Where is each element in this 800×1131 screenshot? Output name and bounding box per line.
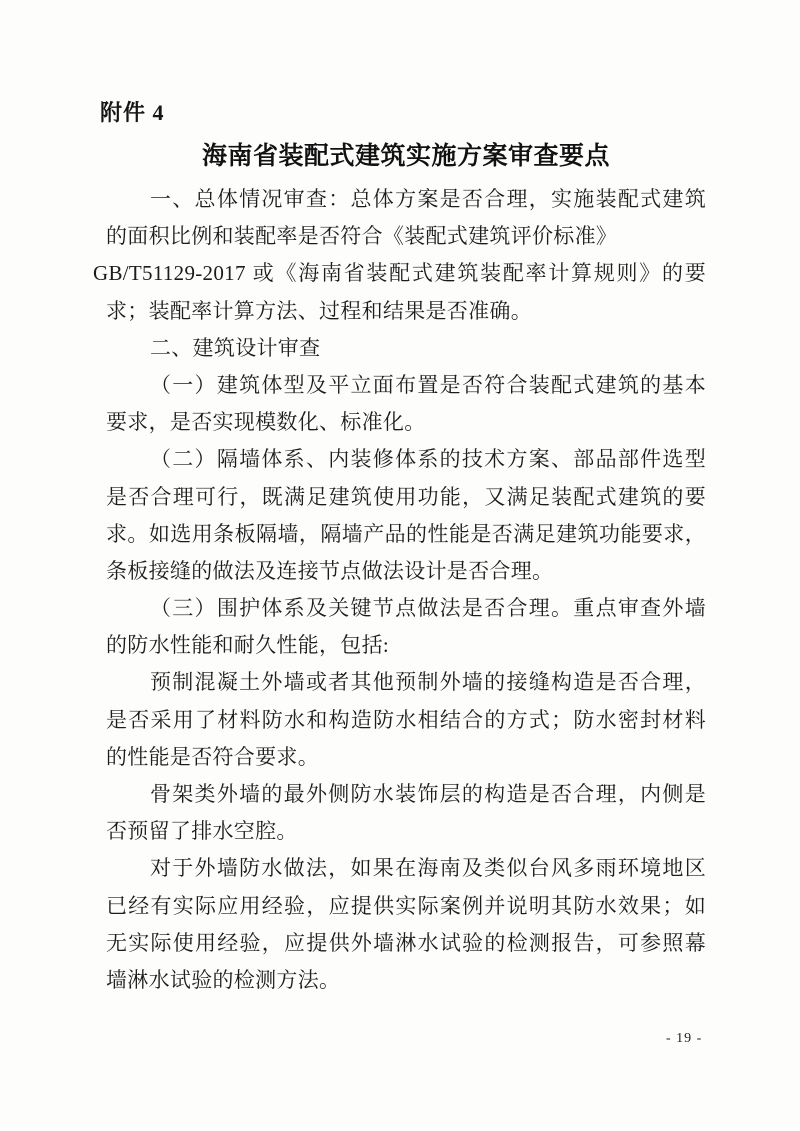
body-line: 否预留了排水空腔。 (106, 813, 706, 850)
body-line: 对于外墙防水做法，如果在海南及类似台风多雨环境地区 (106, 850, 706, 887)
body-line: 条板接缝的做法及连接节点做法设计是否合理。 (106, 553, 706, 590)
body-line: 的防水性能和耐久性能，包括: (106, 627, 706, 664)
body-line: 的面积比例和装配率是否符合《装配式建筑评价标准》 (106, 218, 706, 255)
page-number: - 19 - (666, 1031, 702, 1047)
body-line: 是否合理可行，既满足建筑使用功能，又满足装配式建筑的要 (106, 479, 706, 516)
document-title: 海南省装配式建筑实施方案审查要点 (106, 136, 706, 172)
body-line: 一、总体情况审查：总体方案是否合理，实施装配式建筑 (106, 181, 706, 218)
body-line: 的性能是否符合要求。 (106, 739, 706, 776)
body-line: （三）围护体系及关键节点做法是否合理。重点审查外墙 (106, 590, 706, 627)
body-line: 无实际使用经验，应提供外墙淋水试验的检测报告，可参照幕 (106, 925, 706, 962)
body-line: 求。如选用条板隔墙，隔墙产品的性能是否满足建筑功能要求， (106, 516, 706, 553)
body-line: 二、建筑设计审查 (106, 330, 706, 367)
body-line: 已经有实际应用经验，应提供实际案例并说明其防水效果；如 (106, 888, 706, 925)
document-body: 一、总体情况审查：总体方案是否合理，实施装配式建筑 的面积比例和装配率是否符合《… (106, 181, 706, 999)
attachment-label: 附件 4 (100, 96, 165, 127)
body-line: （二）隔墙体系、内装修体系的技术方案、部品部件选型 (106, 441, 706, 478)
body-line: GB/T51129-2017 或《海南省装配式建筑装配率计算规则》的要 (93, 255, 706, 292)
body-line: 是否采用了材料防水和构造防水相结合的方式；防水密封材料 (106, 702, 706, 739)
body-line: 墙淋水试验的检测方法。 (106, 962, 706, 999)
body-line: 预制混凝土外墙或者其他预制外墙的接缝构造是否合理， (106, 664, 706, 701)
body-line: 要求，是否实现模数化、标准化。 (106, 404, 706, 441)
body-line: 求；装配率计算方法、过程和结果是否准确。 (106, 293, 706, 330)
body-line: （一）建筑体型及平立面布置是否符合装配式建筑的基本 (106, 367, 706, 404)
body-line: 骨架类外墙的最外侧防水装饰层的构造是否合理，内侧是 (106, 776, 706, 813)
document-page: 附件 4 海南省装配式建筑实施方案审查要点 一、总体情况审查：总体方案是否合理，… (0, 0, 800, 1131)
